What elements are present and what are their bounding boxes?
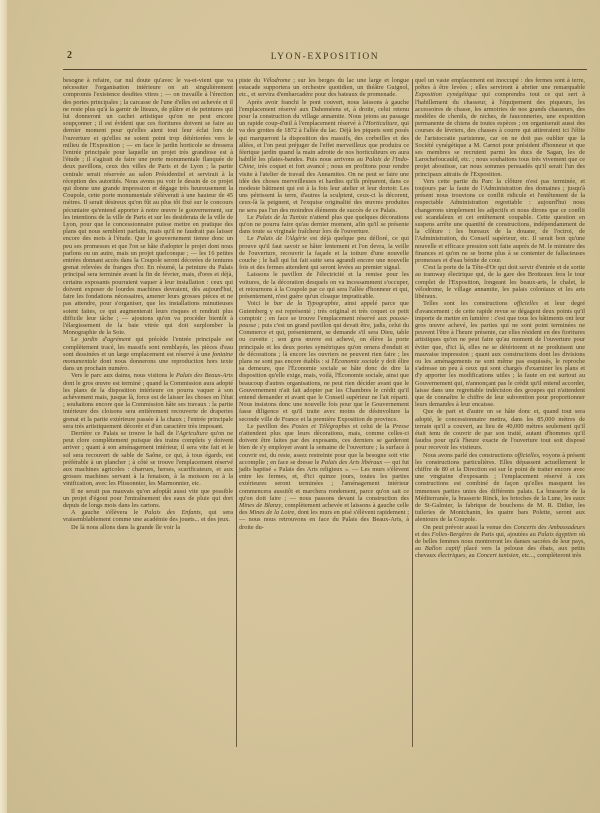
paragraph: Derrière ce Palais se trouve le hall de … (63, 430, 233, 488)
scan-edge (0, 0, 7, 813)
column-2: piste du Vélodrome ; sur les berges du l… (239, 77, 409, 531)
paragraph: quel un vaste emplacement est inoccupé :… (415, 77, 585, 178)
page-number: 2 (67, 50, 72, 61)
paragraph: C'est la porte de la Tête-d'Or qui doit … (415, 264, 585, 300)
column-divider-2 (412, 79, 413, 747)
header-rule (63, 69, 587, 70)
column-3: quel un vaste emplacement est inoccupé :… (415, 77, 585, 560)
paragraph: Vers le parc aux daims, nous visitons le… (63, 372, 233, 430)
paragraph: Le pavillon des Postes et Télégraphes et… (239, 423, 409, 531)
paragraph: Le Palais de la Tunisie n'attend plus qu… (239, 214, 409, 236)
masthead: 2 LYON-EXPOSITION (63, 0, 587, 66)
paragraph: On peut prévoir aussi la venue des Conce… (415, 524, 585, 560)
paragraph: Telles sont les constructions officielle… (415, 300, 585, 408)
paragraph: Après avoir franchi le pont couvert, nou… (239, 99, 409, 214)
paragraph: Que de part et d'autre on se hâte donc e… (415, 408, 585, 451)
paragraph: De là nous allons dans la grande île voi… (63, 524, 233, 531)
paragraph: A gauche s'élèvera le Palais des Enfants… (63, 509, 233, 523)
paragraph: besogne à refaire, car nul doute qu'avec… (63, 77, 233, 336)
column-1: besogne à refaire, car nul doute qu'avec… (63, 77, 233, 531)
paragraph: Voici le bar de la Typographie, ainsi ap… (239, 300, 409, 422)
column-divider-1 (236, 79, 237, 747)
paragraph: Vers cette partie du Parc la clôture n'e… (415, 178, 585, 264)
paragraph: Nous avons parlé des constructions offic… (415, 452, 585, 524)
masthead-title: LYON-EXPOSITION (63, 52, 587, 62)
paragraph: Il ne serait pas mauvais qu'on adoptât a… (63, 488, 233, 510)
newspaper-page: 2 LYON-EXPOSITION besogne à refaire, car… (0, 0, 600, 813)
paragraph: Le Palais de l'Algérie est déjà quelque … (239, 235, 409, 271)
paragraph: piste du Vélodrome ; sur les berges du l… (239, 77, 409, 99)
article-columns: besogne à refaire, car nul doute qu'avec… (63, 77, 587, 747)
paragraph: Laissons le pavillon de l'électricité et… (239, 271, 409, 300)
paragraph: Le jardin d'agrément qui précède l'entré… (63, 336, 233, 372)
